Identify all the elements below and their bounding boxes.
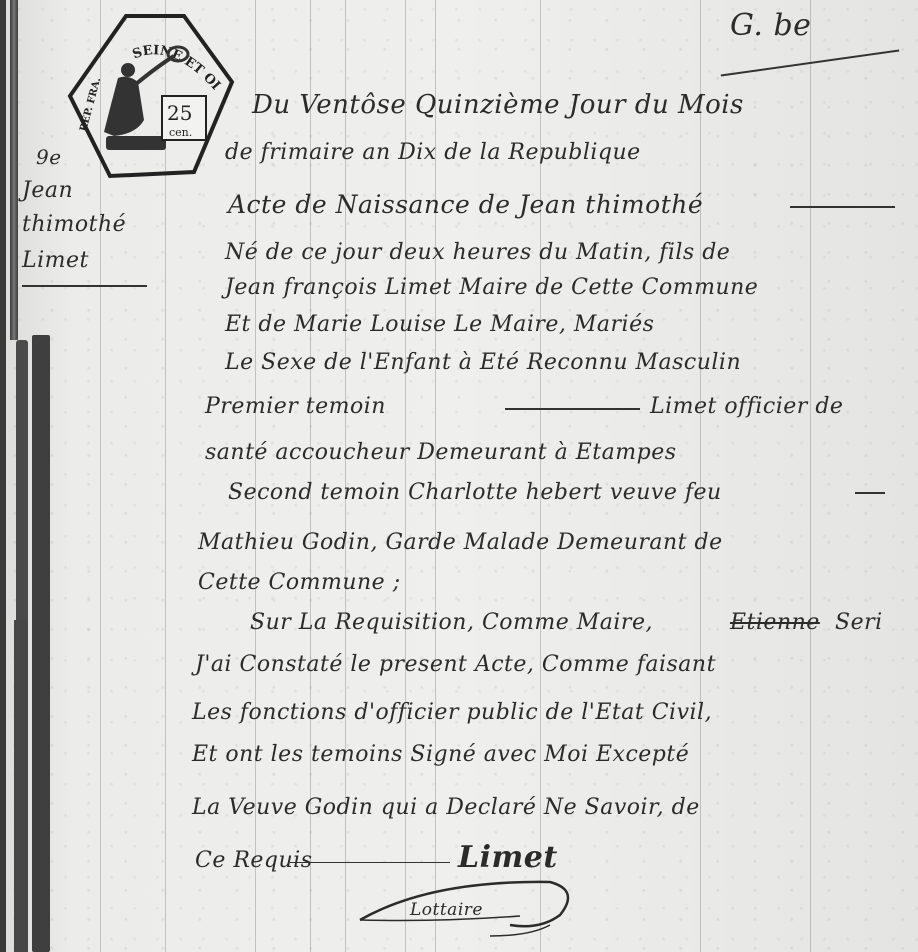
svg-text:cen.: cen. bbox=[169, 126, 192, 139]
text-line: Premier temoin bbox=[205, 394, 386, 419]
binding-edge bbox=[0, 0, 6, 952]
text-line: Né de ce jour deux heures du Matin, fils… bbox=[225, 240, 730, 265]
text-line: Les fonctions d'officier public de l'Eta… bbox=[192, 700, 712, 725]
text-line: Le Sexe de l'Enfant à Eté Reconnu Mascul… bbox=[225, 350, 741, 375]
margin-name-line: Limet bbox=[22, 248, 89, 273]
fill-dash bbox=[290, 862, 450, 863]
text-line: Mathieu Godin, Garde Malade Demeurant de bbox=[198, 530, 723, 555]
text-line: Acte de Naissance de Jean thimothé bbox=[228, 190, 703, 219]
text-line: Ce Requis bbox=[195, 848, 313, 873]
struck-text: Etienne bbox=[730, 610, 820, 635]
binding-edge bbox=[14, 620, 28, 952]
margin-underline bbox=[22, 285, 147, 287]
text-line: de frimaire an Dix de la Republique bbox=[225, 140, 641, 165]
text-line: Sur La Requisition, Comme Maire, bbox=[250, 610, 653, 635]
header-note: G. be bbox=[730, 8, 811, 43]
text-line: Et de Marie Louise Le Maire, Mariés bbox=[225, 312, 654, 337]
fill-dash bbox=[855, 492, 885, 494]
signature-flourish bbox=[350, 870, 580, 940]
text-line: Du Ventôse Quinzième Jour du Mois bbox=[252, 90, 744, 120]
text-line: Et ont les temoins Signé avec Moi Except… bbox=[192, 742, 689, 767]
binding-edge bbox=[32, 335, 50, 952]
fill-dash bbox=[790, 206, 895, 208]
text-line: Limet officier de bbox=[650, 394, 843, 419]
margin-number: 9e bbox=[36, 145, 62, 169]
text-line: La Veuve Godin qui a Declaré Ne Savoir, … bbox=[192, 795, 700, 820]
text-line: Seri bbox=[835, 610, 883, 635]
text-line: Jean françois Limet Maire de Cette Commu… bbox=[225, 275, 758, 300]
margin-name-line: Jean bbox=[22, 178, 73, 203]
svg-text:SEINE ET OISE: SEINE ET OISE bbox=[66, 12, 223, 93]
text-line: Second temoin Charlotte hebert veuve feu bbox=[228, 480, 722, 505]
binding-edge bbox=[10, 0, 18, 340]
ruled-line bbox=[700, 0, 701, 952]
svg-text:REP. FRA.: REP. FRA. bbox=[78, 76, 103, 132]
margin-name-line: thimothé bbox=[22, 212, 126, 237]
ruled-line bbox=[810, 0, 811, 952]
text-line: santé accoucheur Demeurant à Etampes bbox=[205, 440, 677, 465]
svg-text:25: 25 bbox=[167, 101, 192, 125]
document-page: SEINE ET OISE REP. FRA. 25 cen. G. be 9e… bbox=[0, 0, 918, 952]
tax-stamp: SEINE ET OISE REP. FRA. 25 cen. bbox=[66, 12, 236, 180]
text-line: J'ai Constaté le present Acte, Comme fai… bbox=[195, 652, 716, 677]
fill-dash bbox=[505, 408, 640, 410]
text-line: Cette Commune ; bbox=[198, 570, 401, 595]
